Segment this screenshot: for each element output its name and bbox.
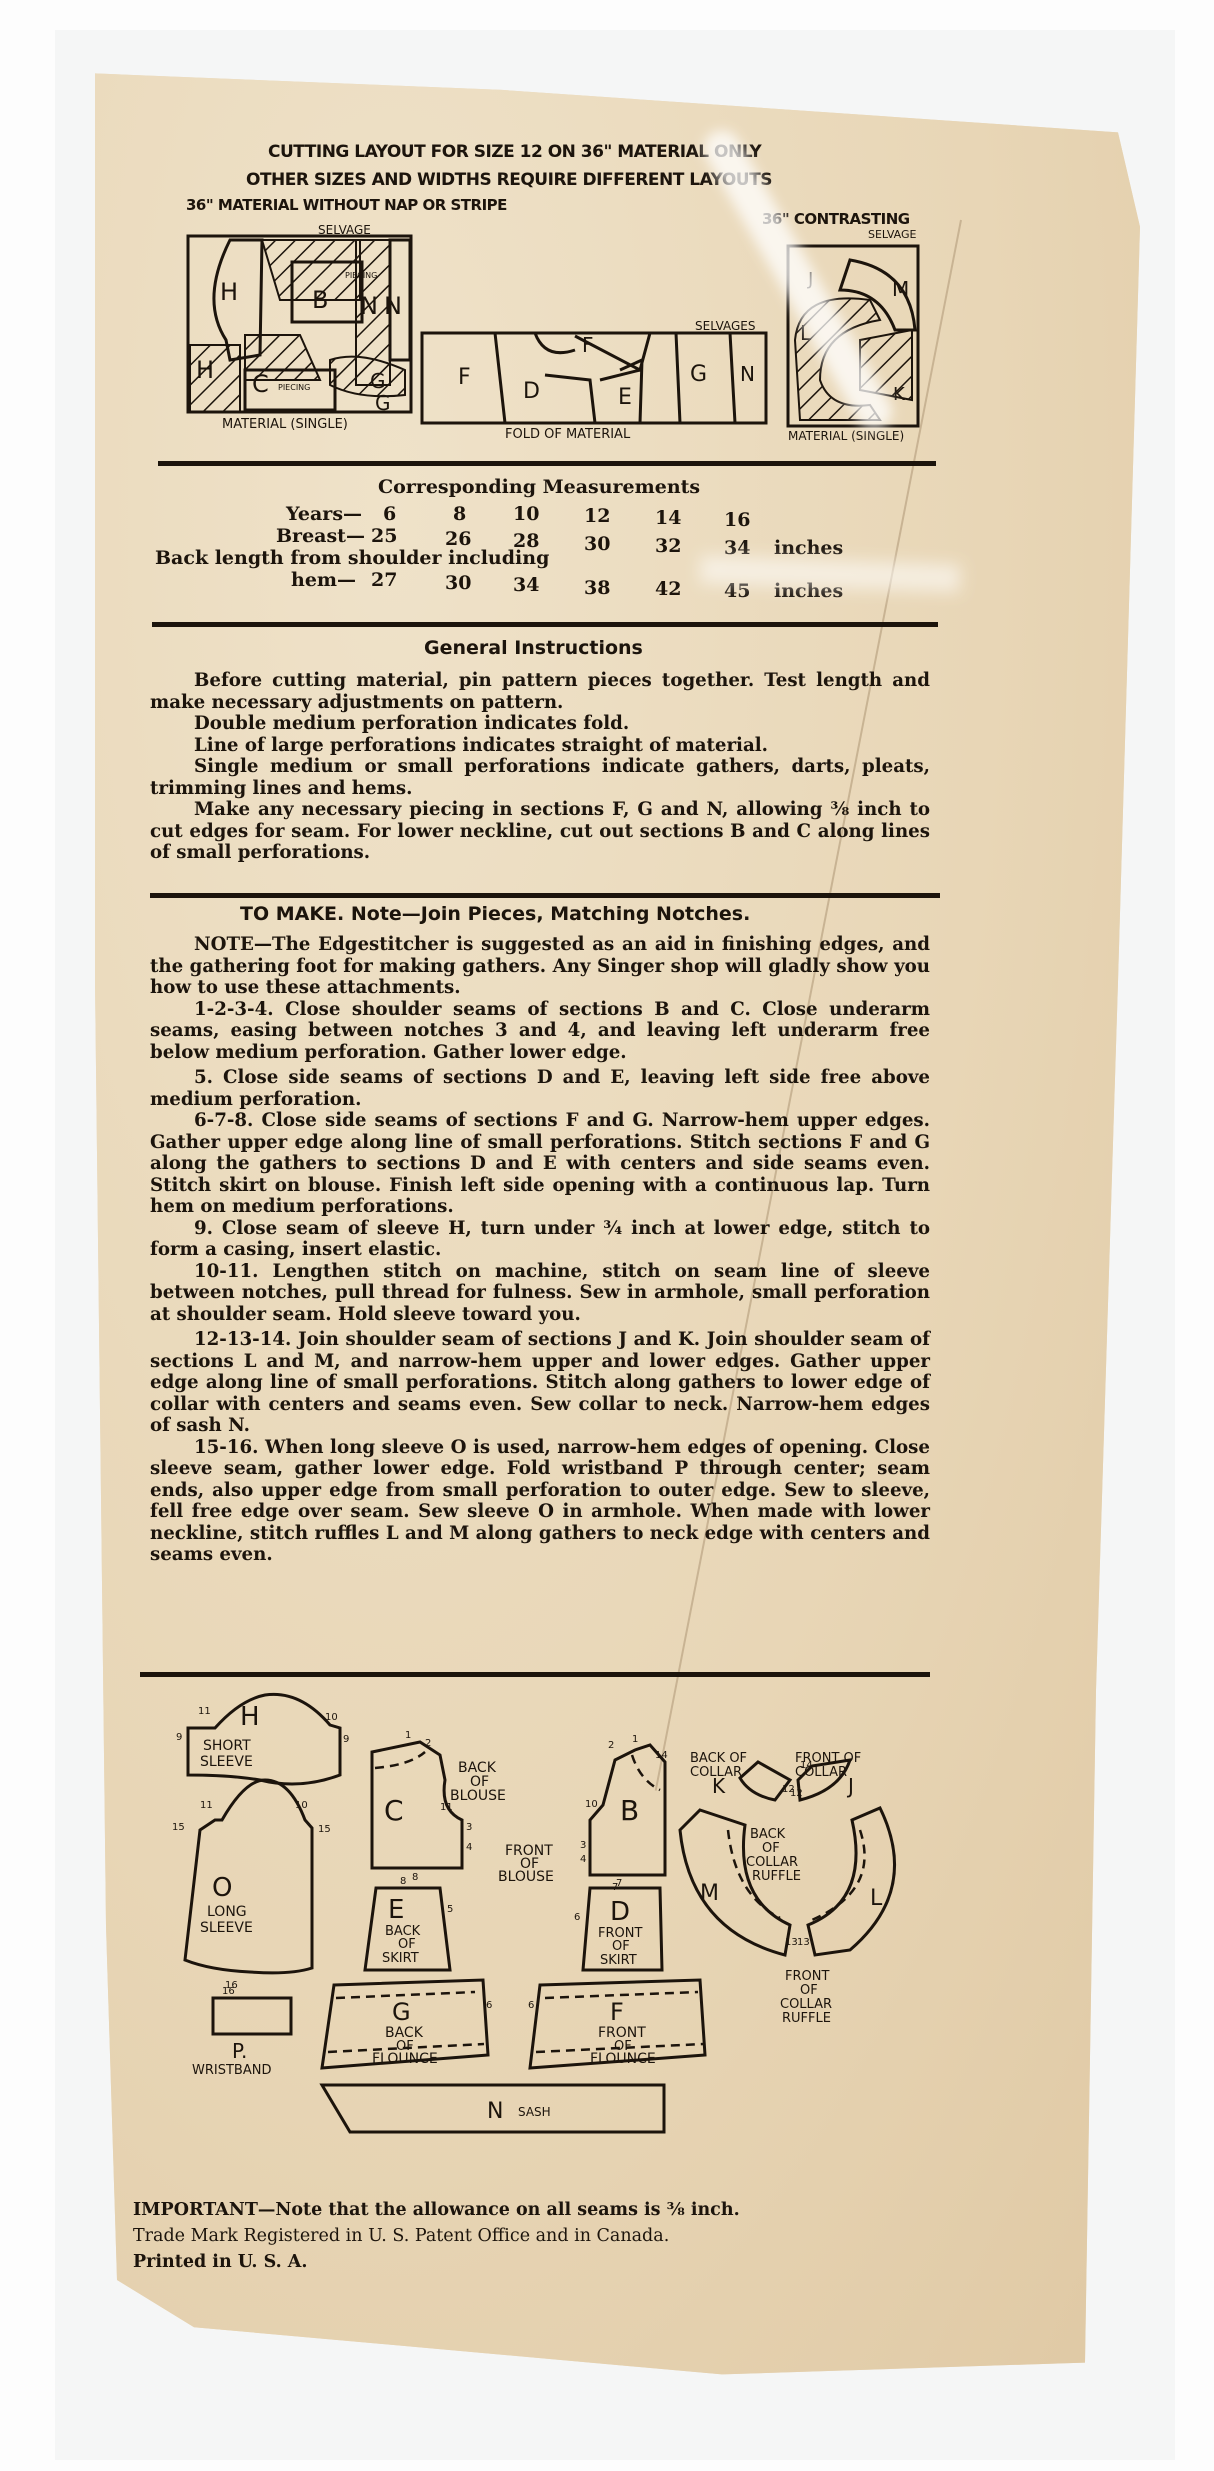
svg-text:N: N	[740, 362, 755, 386]
svg-text:4: 4	[580, 1854, 586, 1865]
svg-text:BACK OF: BACK OF	[690, 1751, 747, 1766]
cell: 27	[371, 569, 397, 591]
svg-text:SLEEVE: SLEEVE	[200, 1920, 253, 1936]
section-divider	[152, 622, 938, 627]
svg-text:5: 5	[447, 1904, 453, 1915]
cell: 12	[584, 505, 610, 527]
svg-text:G: G	[690, 362, 707, 387]
svg-text:4: 4	[466, 1842, 472, 1853]
svg-text:2: 2	[425, 1738, 431, 1749]
section-divider	[158, 461, 936, 466]
important-note: IMPORTANT—Note that the allowance on all…	[133, 2200, 740, 2220]
svg-text:SKIRT: SKIRT	[382, 1951, 419, 1966]
cell: 34	[513, 574, 539, 596]
svg-text:8: 8	[412, 1872, 418, 1883]
paragraph: 5. Close side seams of sections D and E,…	[150, 1067, 930, 1110]
piece-h-short-sleeve: H SHORT SLEEVE 11 10 9 9	[176, 1694, 349, 1784]
cell: 14	[655, 507, 681, 529]
svg-text:14: 14	[655, 1750, 668, 1761]
svg-text:1: 1	[405, 1730, 411, 1741]
paragraph: Line of large perforations indicates str…	[150, 735, 930, 757]
svg-text:9: 9	[176, 1732, 182, 1743]
svg-text:E: E	[388, 1895, 404, 1925]
svg-text:3: 3	[466, 1822, 472, 1833]
svg-text:H: H	[220, 278, 238, 306]
paragraph: 12-13-14. Join shoulder seam of sections…	[150, 1329, 930, 1437]
svg-text:BLOUSE: BLOUSE	[498, 1869, 554, 1885]
piece-g-back-of-flounce: G BACK OF FLOUNCE 6	[322, 1980, 492, 2068]
svg-text:COLLAR: COLLAR	[780, 1997, 832, 2012]
svg-text:1: 1	[632, 1734, 638, 1745]
svg-text:RUFFLE: RUFFLE	[752, 1869, 801, 1884]
svg-text:10: 10	[325, 1712, 338, 1723]
svg-text:11: 11	[440, 1802, 453, 1813]
svg-text:L: L	[870, 1886, 883, 1911]
svg-text:G: G	[375, 391, 391, 415]
svg-text:BACK: BACK	[750, 1827, 786, 1842]
to-make-body: NOTE—The Edgestitcher is suggested as an…	[150, 934, 930, 1566]
svg-text:M: M	[892, 277, 909, 301]
svg-text:3: 3	[580, 1840, 586, 1851]
paragraph: 15-16. When long sleeve O is used, narro…	[150, 1437, 930, 1566]
paragraph: NOTE—The Edgestitcher is suggested as an…	[150, 934, 930, 999]
svg-text:6: 6	[574, 1912, 580, 1923]
svg-text:OF: OF	[612, 1939, 630, 1954]
svg-text:SHORT: SHORT	[203, 1738, 251, 1754]
svg-text:9: 9	[343, 1734, 349, 1745]
svg-text:SKIRT: SKIRT	[600, 1953, 637, 1968]
svg-text:OF: OF	[762, 1841, 780, 1856]
svg-text:F: F	[458, 365, 471, 390]
svg-text:16: 16	[222, 1986, 235, 1997]
paragraph: Make any necessary piecing in sections F…	[150, 799, 930, 864]
to-make-title: TO MAKE. Note—Join Pieces, Matching Notc…	[240, 903, 750, 925]
svg-text:10: 10	[585, 1799, 598, 1810]
piece-n-sash: N SASH	[322, 2085, 664, 2132]
unit-label: inches	[774, 537, 843, 559]
piece-m-l-collar-ruffle: M L BACK OF COLLAR RUFFLE 13 13 FRONT OF…	[680, 1808, 895, 2026]
svg-text:D: D	[523, 379, 540, 404]
cell: 6	[383, 503, 396, 525]
svg-text:7: 7	[616, 1878, 622, 1889]
cell: 8	[453, 503, 466, 525]
cell: 38	[584, 577, 610, 599]
svg-text:N: N	[360, 292, 378, 320]
svg-text:B: B	[620, 1794, 639, 1827]
svg-text:J: J	[846, 1774, 854, 1798]
svg-text:WRISTBAND: WRISTBAND	[192, 2063, 271, 2078]
svg-text:FRONT: FRONT	[785, 1969, 829, 1984]
svg-text:15: 15	[318, 1824, 331, 1835]
svg-text:P.: P.	[232, 2039, 247, 2063]
svg-text:D: D	[610, 1897, 630, 1927]
svg-text:PIECING: PIECING	[278, 383, 310, 392]
svg-text:14: 14	[800, 1760, 813, 1771]
svg-text:13: 13	[785, 1937, 798, 1948]
cell: 30	[584, 533, 610, 555]
piece-k-back-of-collar: BACK OF COLLAR K 12	[690, 1751, 795, 1800]
trademark-notice: Trade Mark Registered in U. S. Patent Of…	[133, 2226, 669, 2246]
cell: 25	[371, 525, 397, 547]
measurements-title: Corresponding Measurements	[378, 476, 700, 498]
svg-text:C: C	[384, 1794, 404, 1827]
svg-text:15: 15	[172, 1822, 185, 1833]
svg-text:8: 8	[400, 1876, 406, 1887]
svg-text:N: N	[487, 2099, 503, 2124]
svg-text:O: O	[212, 1873, 232, 1903]
layout-single-material: SELVAGE H B N N H C G G PIECING PIECING …	[188, 223, 411, 432]
piece-e-back-of-skirt: E BACK OF SKIRT 8 5	[365, 1876, 453, 1970]
svg-text:F: F	[610, 1998, 624, 2026]
row-label-breast: Breast—	[276, 525, 365, 547]
svg-text:K: K	[712, 1774, 726, 1798]
svg-text:SELVAGE: SELVAGE	[868, 228, 917, 241]
paragraph: 10-11. Lengthen stitch on machine, stitc…	[150, 1261, 930, 1326]
paragraph: 6-7-8. Close side seams of sections F an…	[150, 1110, 930, 1218]
cell: 32	[655, 535, 681, 557]
svg-text:10: 10	[295, 1800, 308, 1811]
svg-text:G: G	[392, 1998, 411, 2026]
svg-text:MATERIAL (SINGLE): MATERIAL (SINGLE)	[222, 417, 348, 432]
svg-text:OF: OF	[800, 1983, 818, 1998]
piece-p-wristband: P. WRISTBAND 16	[192, 1986, 291, 2078]
svg-text:12: 12	[790, 1788, 803, 1799]
svg-text:FOLD OF MATERIAL: FOLD OF MATERIAL	[505, 427, 631, 442]
svg-text:13: 13	[797, 1937, 810, 1948]
svg-text:COLLAR: COLLAR	[746, 1855, 798, 1870]
cell: 42	[655, 578, 681, 600]
row-label-hem: hem—	[291, 569, 356, 591]
svg-text:SASH: SASH	[518, 2105, 551, 2119]
svg-text:E: E	[618, 385, 632, 410]
cell: 16	[724, 509, 750, 531]
svg-text:6: 6	[528, 2000, 534, 2011]
svg-text:LONG: LONG	[207, 1904, 247, 1920]
piece-f-front-of-flounce: F FRONT OF FLOUNCE 6	[528, 1980, 705, 2068]
row-label-years: Years—	[286, 503, 362, 525]
pattern-pieces-diagram: H SHORT SLEEVE 11 10 9 9 C BACK OF BLOUS…	[0, 1680, 1214, 2150]
piece-j-front-of-collar: FRONT OF COLLAR J 14 12	[790, 1751, 861, 1800]
paragraph: 9. Close seam of sleeve H, turn under ¾ …	[150, 1218, 930, 1261]
svg-text:FLOUNCE: FLOUNCE	[372, 2051, 438, 2067]
paragraph: 1-2-3-4. Close shoulder seams of section…	[150, 999, 930, 1064]
svg-text:11: 11	[198, 1706, 211, 1717]
general-instructions-body: Before cutting material, pin pattern pie…	[150, 670, 930, 864]
svg-text:H: H	[240, 1702, 260, 1732]
general-instructions-title: General Instructions	[424, 637, 643, 659]
svg-text:MATERIAL (SINGLE): MATERIAL (SINGLE)	[788, 429, 904, 443]
svg-text:OF: OF	[398, 1937, 416, 1952]
section-divider	[150, 893, 940, 898]
svg-text:6: 6	[486, 2000, 492, 2011]
printed-in-usa: Printed in U. S. A.	[133, 2252, 307, 2272]
paragraph: Double medium perforation indicates fold…	[150, 713, 930, 735]
svg-text:11: 11	[200, 1800, 213, 1811]
piece-c-back-of-blouse: C BACK OF BLOUSE 1 2 11 3 4 8	[372, 1730, 506, 1883]
paragraph: Before cutting material, pin pattern pie…	[150, 670, 930, 713]
svg-text:BLOUSE: BLOUSE	[450, 1788, 506, 1804]
svg-text:RUFFLE: RUFFLE	[782, 2011, 831, 2026]
svg-text:M: M	[700, 1881, 719, 1906]
svg-text:SLEEVE: SLEEVE	[200, 1754, 253, 1770]
svg-text:H: H	[196, 356, 214, 384]
layout-fold-of-material: SELVAGES F F D E G N FOLD OF MATERIAL	[422, 319, 766, 442]
svg-text:SELVAGES: SELVAGES	[695, 319, 756, 333]
svg-text:K: K	[893, 384, 906, 405]
paragraph: Single medium or small perforations indi…	[150, 756, 930, 799]
section-divider	[140, 1672, 930, 1677]
svg-text:F: F	[582, 333, 594, 357]
svg-text:G: G	[370, 369, 386, 393]
piece-b-front-of-blouse: B FRONT OF BLOUSE 2 1 14 10 3 4 7	[498, 1734, 668, 1893]
svg-text:B: B	[312, 286, 328, 314]
row-label-back-length: Back length from shoulder including	[155, 547, 549, 569]
svg-text:C: C	[252, 370, 269, 398]
svg-text:FLOUNCE: FLOUNCE	[590, 2051, 656, 2067]
svg-text:N: N	[384, 292, 402, 320]
cell: 30	[445, 572, 471, 594]
cell: 10	[513, 503, 539, 525]
piece-o-long-sleeve: O LONG SLEEVE 11 10 15 15 16	[172, 1780, 331, 1991]
svg-text:2: 2	[608, 1740, 614, 1751]
svg-text:PIECING: PIECING	[345, 271, 377, 280]
cutting-layout-diagrams: SELVAGE H B N N H C G G PIECING PIECING …	[0, 0, 1214, 470]
